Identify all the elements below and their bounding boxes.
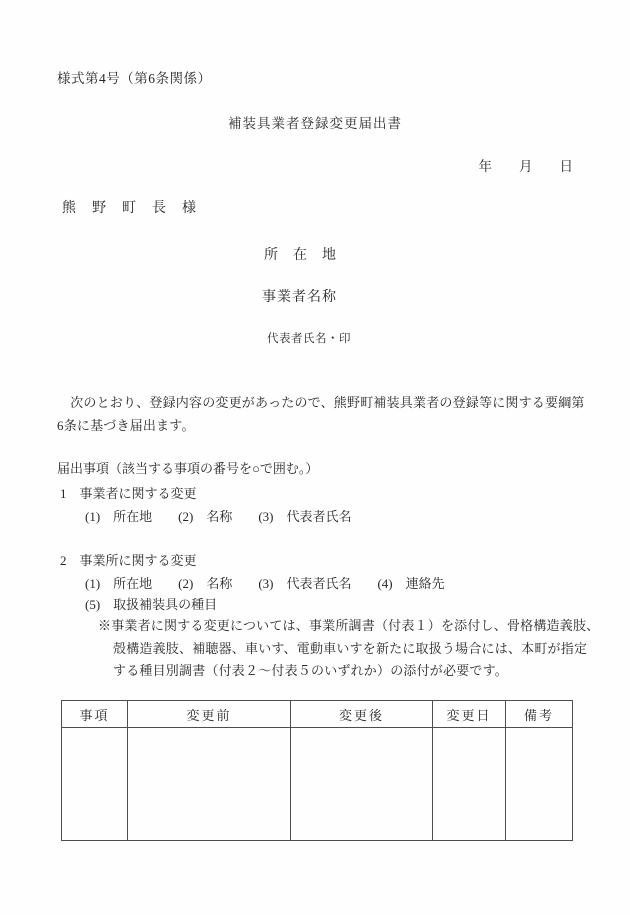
page-title: 補装具業者登録変更届出書 [0,112,630,132]
table-header-before-change: 変更前 [128,701,291,728]
attachment-note-line: する種目別調書（付表２～付表５のいずれか）の添付が必要です。 [113,660,599,683]
form-page: 様式第4号（第6条関係） 補装具業者登録変更届出書 年 月 日 熊 野 町 長 … [0,0,630,915]
date-line: 年 月 日 [479,155,574,175]
change-details-table: 事項 変更前 変更後 変更日 備考 [61,700,573,841]
table-header-remarks: 備考 [506,701,573,728]
section1-options: (1) 所在地 (2) 名称 (3) 代表者氏名 [85,506,351,525]
body-paragraph-line: 次のとおり、登録内容の変更があったので、熊野町補装具業者の登録等に関する要綱第 [57,391,585,414]
table-cell-before-change [128,728,291,841]
section2-options-line2: (5) 取扱補装具の種目 [85,594,217,613]
table-header-after-change: 変更後 [291,701,433,728]
section2-options-line1: (1) 所在地 (2) 名称 (3) 代表者氏名 (4) 連絡先 [85,573,445,592]
table-header-row: 事項 変更前 変更後 変更日 備考 [62,701,573,728]
attachment-note-line: 殻構造義肢、補聴器、車いす、電動車いすを新たに取扱う場合には、本町が指定 [113,638,599,661]
table-cell-change-date [433,728,506,841]
section2-label: 2 事業所に関する変更 [60,550,197,569]
body-paragraph: 次のとおり、登録内容の変更があったので、熊野町補装具業者の登録等に関する要綱第 … [57,391,585,437]
attachment-note: ※事業者に関する変更については、事業所調書（付表１）を添付し、骨格構造義肢、 殻… [98,615,599,683]
representative-field-label: 代表者氏名・印 [267,330,351,346]
table-cell-remarks [506,728,573,841]
notification-items-heading: 届出事項（該当する事項の番号を○で囲む。） [57,458,318,477]
table-row [62,728,573,841]
section1-label: 1 事業者に関する変更 [60,483,197,502]
location-field-label: 所 在 地 [264,244,337,264]
form-number: 様式第4号（第6条関係） [57,67,212,87]
attachment-note-line: ※事業者に関する変更については、事業所調書（付表１）を添付し、骨格構造義肢、 [98,615,599,638]
addressee-line: 熊 野 町 長 様 [62,197,197,217]
table-header-item: 事項 [62,701,128,728]
business-name-field-label: 事業者名称 [262,286,337,306]
table-header-change-date: 変更日 [433,701,506,728]
table-cell-after-change [291,728,433,841]
table-cell-item [62,728,128,841]
body-paragraph-line: 6条に基づき届出ます。 [57,414,585,437]
